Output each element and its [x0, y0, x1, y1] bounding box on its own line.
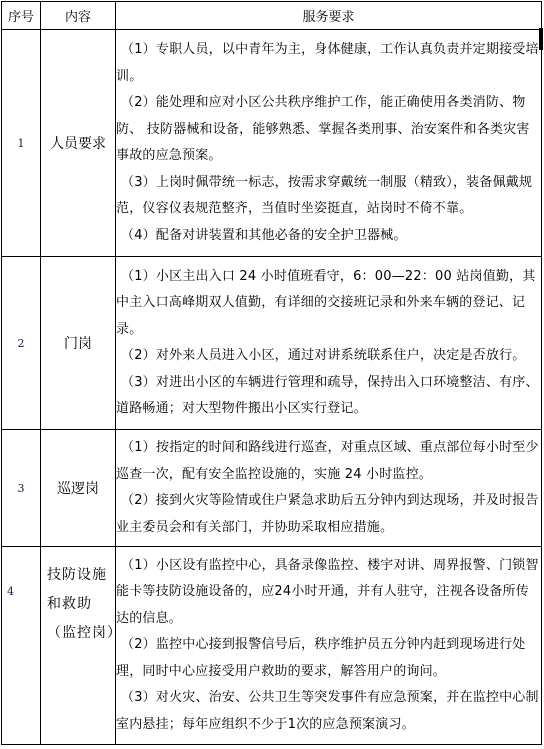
- row-requirements: （1）小区主出入口 24 小时值班看守，6：00—22：00 站岗值勤，其中主入…: [116, 257, 542, 430]
- row-content: 技防设施 和救助 （监控岗）: [41, 547, 116, 745]
- page-edge-marker: [539, 28, 543, 50]
- header-seq: 序号: [2, 2, 41, 30]
- header-requirements: 服务要求: [116, 2, 542, 30]
- table-row: 2 门岗 （1）小区主出入口 24 小时值班看守，6：00—22：00 站岗值勤…: [2, 257, 542, 430]
- requirement-item: （1）小区设有监控中心，具备录像监控、楼宇对讲、周界报警、门锁智能卡等技防设施设…: [116, 553, 541, 633]
- row-content: 巡逻岗: [41, 430, 116, 547]
- row-requirements: （1）小区设有监控中心，具备录像监控、楼宇对讲、周界报警、门锁智能卡等技防设施设…: [116, 547, 542, 745]
- requirement-item: （2）对外来人员进入小区，通过对讲系统联系住户，决定是否放行。: [116, 343, 541, 370]
- row-requirements: （1）专职人员，以中青年为主，身体健康，工作认真负责并定期接受培训。 （2）能处…: [116, 30, 542, 257]
- row-seq: 3: [2, 430, 41, 547]
- requirement-item: （2）监控中心接到报警信号后，秩序维护员五分钟内赶到现场进行处理，同时中心应接受…: [116, 632, 541, 685]
- table-row: 3 巡逻岗 （1）按指定的时间和路线进行巡查，对重点区域、重点部位每小时至少巡查…: [2, 430, 542, 547]
- row-seq: 4: [2, 547, 41, 745]
- header-content: 内容: [41, 2, 116, 30]
- content-line: （监控岗）: [47, 619, 115, 648]
- requirement-item: （1）小区主出入口 24 小时值班看守，6：00—22：00 站岗值勤，其中主入…: [116, 264, 541, 344]
- requirement-item: （3）上岗时佩带统一标志，按需求穿戴统一制服（精致），装备佩戴规范，仪容仪表规范…: [116, 170, 541, 223]
- requirement-item: （3）对火灾、治安、公共卫生等突发事件有应急预案，并在监控中心制室内悬挂；每年应…: [116, 685, 541, 738]
- service-requirements-table: 序号 内容 服务要求 1 人员要求 （1）专职人员，以中青年为主，身体健康，工作…: [1, 1, 542, 745]
- row-seq: 1: [2, 30, 41, 257]
- row-content: 人员要求: [41, 30, 116, 257]
- row-seq: 2: [2, 257, 41, 430]
- requirement-item: （3）对进出小区的车辆进行管理和疏导，保持出入口环境整洁、有序、道路畅通；对大型…: [116, 370, 541, 423]
- requirement-item: （1）专职人员，以中青年为主，身体健康，工作认真负责并定期接受培训。: [116, 37, 541, 90]
- content-line: 技防设施: [47, 561, 115, 590]
- requirement-item: （1）按指定的时间和路线进行巡查，对重点区域、重点部位每小时至少巡查一次，配有安…: [116, 435, 541, 488]
- requirement-item: （4）配备对讲装置和其他必备的安全护卫器械。: [116, 223, 541, 250]
- row-requirements: （1）按指定的时间和路线进行巡查，对重点区域、重点部位每小时至少巡查一次，配有安…: [116, 430, 542, 547]
- row-content: 门岗: [41, 257, 116, 430]
- requirement-item: （2）接到火灾等险情或住户紧急求助后五分钟内到达现场，并及时报告业主委员会和有关…: [116, 488, 541, 541]
- requirement-item: （2）能处理和应对小区公共秩序维护工作，能正确使用各类消防、物防、 技防器械和设…: [116, 90, 541, 170]
- table-row: 1 人员要求 （1）专职人员，以中青年为主，身体健康，工作认真负责并定期接受培训…: [2, 30, 542, 257]
- content-line: 和救助: [47, 590, 115, 619]
- table-header-row: 序号 内容 服务要求: [2, 2, 542, 30]
- table-row: 4 技防设施 和救助 （监控岗） （1）小区设有监控中心，具备录像监控、楼宇对讲…: [2, 547, 542, 745]
